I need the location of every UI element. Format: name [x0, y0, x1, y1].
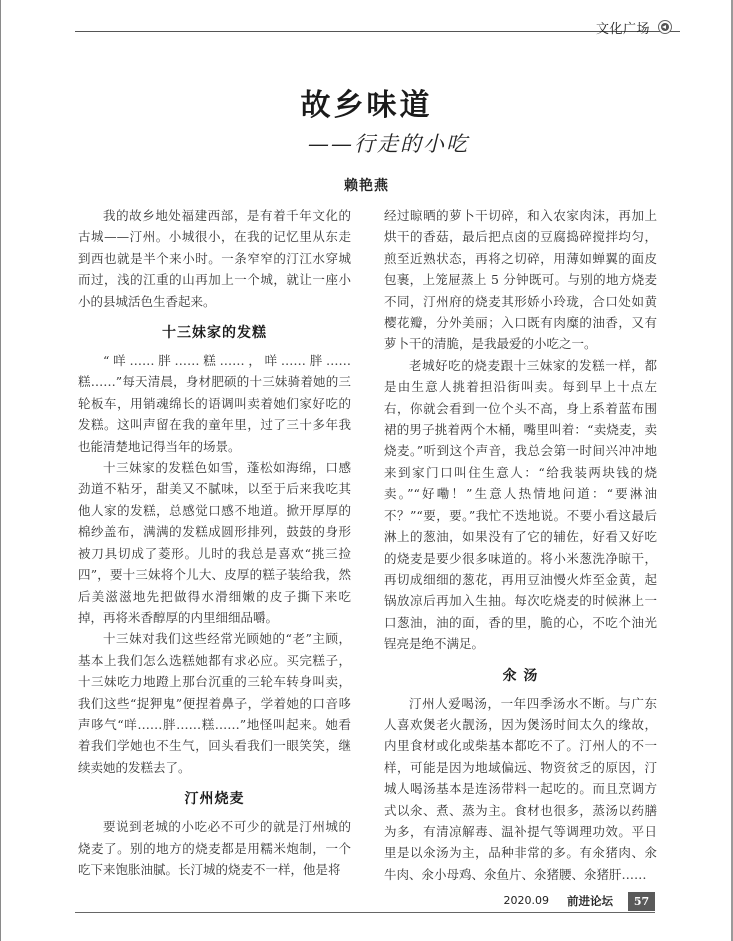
section-heading-shaomai: 汀州烧麦	[78, 788, 351, 810]
back-arrow-circle-icon	[658, 20, 672, 34]
issue-date: 2020.09	[504, 894, 550, 907]
page-footer: 2020.09 前进论坛 57	[75, 889, 655, 913]
paragraph: “咩……胖……糕……，咩……胖……糕……”每天清晨，身材肥硕的十三妹骑着她的三轮…	[78, 350, 351, 457]
paragraph: 十三妹家的发糕色如雪，蓬松如海绵，口感劲道不粘牙，甜美又不腻味，以至于后来我吃其…	[78, 457, 351, 628]
article-subtitle: ——行走的小吃	[308, 128, 469, 158]
section-label: 文化广场	[596, 18, 650, 37]
section-heading-cuantang: 氽 汤	[384, 665, 657, 687]
page-edge-left	[0, 0, 1, 941]
article-author: 赖艳燕	[0, 175, 733, 195]
paragraph: 汀州人爱喝汤，一年四季汤水不断。与广东人喜欢煲老火靓汤，因为煲汤时间太久的缘故，…	[384, 693, 657, 886]
section-heading-fagao: 十三妹家的发糕	[78, 322, 351, 344]
article-title: 故乡味道	[0, 80, 733, 124]
paragraph: 要说到老城的小吃必不可少的就是汀州城的烧麦了。别的地方的烧麦都是用糯米炮制，一个…	[78, 816, 351, 880]
intro-paragraph: 我的故乡地处福建西部，是有着千年文化的古城——汀州。小城很小，在我的记忆里从东走…	[78, 205, 351, 312]
paragraph: 十三妹对我们这些经常光顾她的“老”主顾，基本上我们怎么选糕她都有求必应。买完糕子…	[78, 628, 351, 778]
right-column: 经过晾晒的萝卜干切碎，和入农家肉沫，再加上烘干的香菇，最后把点卤的豆腐捣碎搅拌均…	[384, 205, 657, 885]
publication-name: 前进论坛	[567, 893, 613, 909]
page-header: 文化广场	[75, 14, 680, 32]
page-number: 57	[628, 892, 655, 911]
paragraph-continued: 经过晾晒的萝卜干切碎，和入农家肉沫，再加上烘干的香菇，最后把点卤的豆腐捣碎搅拌均…	[384, 205, 657, 355]
left-column: 我的故乡地处福建西部，是有着千年文化的古城——汀州。小城很小，在我的记忆里从东走…	[78, 205, 351, 880]
paragraph: 老城好吃的烧麦跟十三妹家的发糕一样，都是由生意人挑着担沿街叫卖。每到早上十点左右…	[384, 355, 657, 655]
